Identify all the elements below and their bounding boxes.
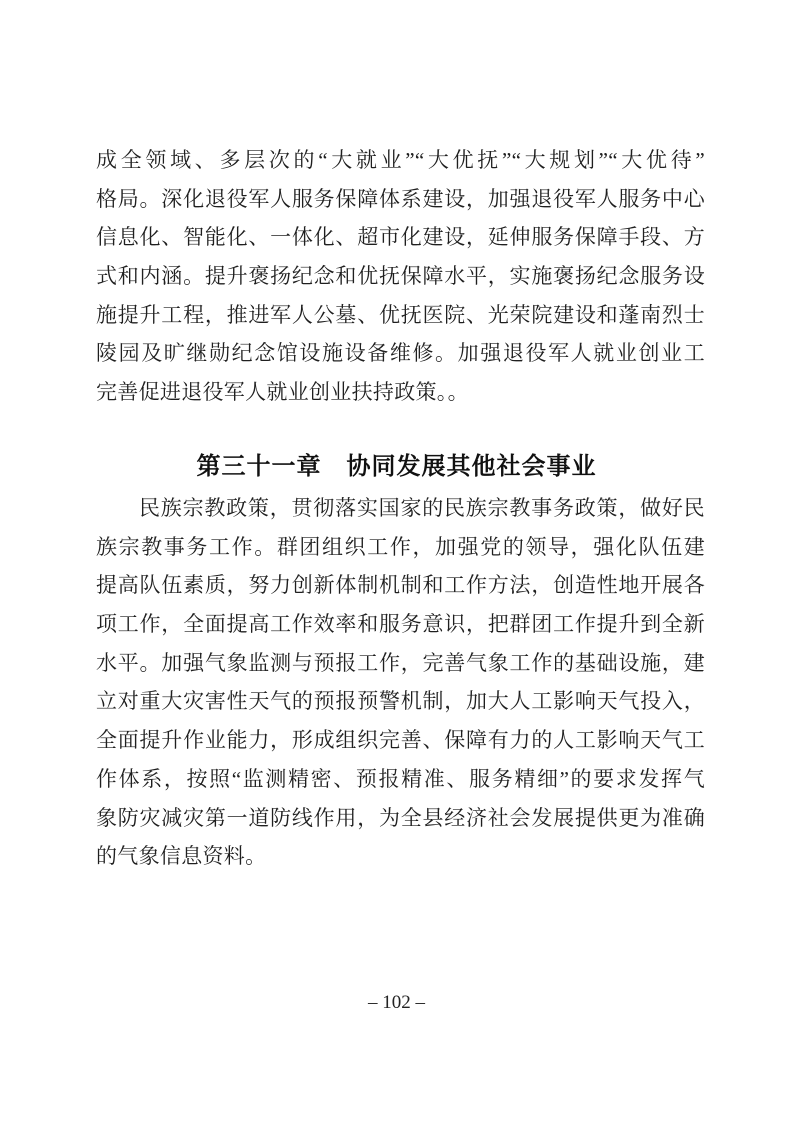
page-number: – 102 –: [0, 991, 793, 1015]
paragraph-1: 成全领域、多层次的“大就业”“大优抚”“大规划”“大优待” 格局。深化退役军人服…: [96, 141, 705, 412]
body-line: 族宗教事务工作。群团组织工作，加强党的领导，强化队伍建设，: [96, 528, 705, 567]
body-line: 完善促进退役军人就业创业扶持政策。。: [96, 373, 705, 412]
body-line: 式和内涵。提升褒扬纪念和优抚保障水平，实施褒扬纪念服务设: [96, 257, 705, 296]
body-line: 陵园及旷继勋纪念馆设施设备维修。加强退役军人就业创业工作，: [96, 334, 705, 373]
body-line: 立对重大灾害性天气的预报预警机制，加大人工影响天气投入，: [96, 682, 705, 721]
body-line: 作体系，按照“监测精密、预报精准、服务精细”的要求发挥气: [96, 760, 705, 799]
body-line: 提高队伍素质，努力创新体制机制和工作方法，创造性地开展各: [96, 566, 705, 605]
body-line: 全面提升作业能力，形成组织完善、保障有力的人工影响天气工: [96, 721, 705, 760]
body-line: 施提升工程，推进军人公墓、优抚医院、光荣院建设和蓬南烈士: [96, 296, 705, 335]
body-line: 格局。深化退役军人服务保障体系建设，加强退役军人服务中心: [96, 180, 705, 219]
paragraph-2: 民族宗教政策，贯彻落实国家的民族宗教事务政策，做好民 族宗教事务工作。群团组织工…: [96, 489, 705, 876]
body-line: 成全领域、多层次的“大就业”“大优抚”“大规划”“大优待”: [96, 141, 705, 180]
body-line: 的气象信息资料。: [96, 837, 705, 876]
document-page: 成全领域、多层次的“大就业”“大优抚”“大规划”“大优待” 格局。深化退役军人服…: [0, 0, 793, 1122]
body-line: 民族宗教政策，贯彻落实国家的民族宗教事务政策，做好民: [96, 489, 705, 528]
body-line: 信息化、智能化、一体化、超市化建设，延伸服务保障手段、方: [96, 218, 705, 257]
body-line: 水平。加强气象监测与预报工作，完善气象工作的基础设施，建: [96, 644, 705, 683]
body-line: 象防灾减灾第一道防线作用，为全县经济社会发展提供更为准确: [96, 799, 705, 838]
chapter-heading: 第三十一章 协同发展其他社会事业: [0, 450, 793, 484]
body-line: 项工作，全面提高工作效率和服务意识，把群团工作提升到全新: [96, 605, 705, 644]
